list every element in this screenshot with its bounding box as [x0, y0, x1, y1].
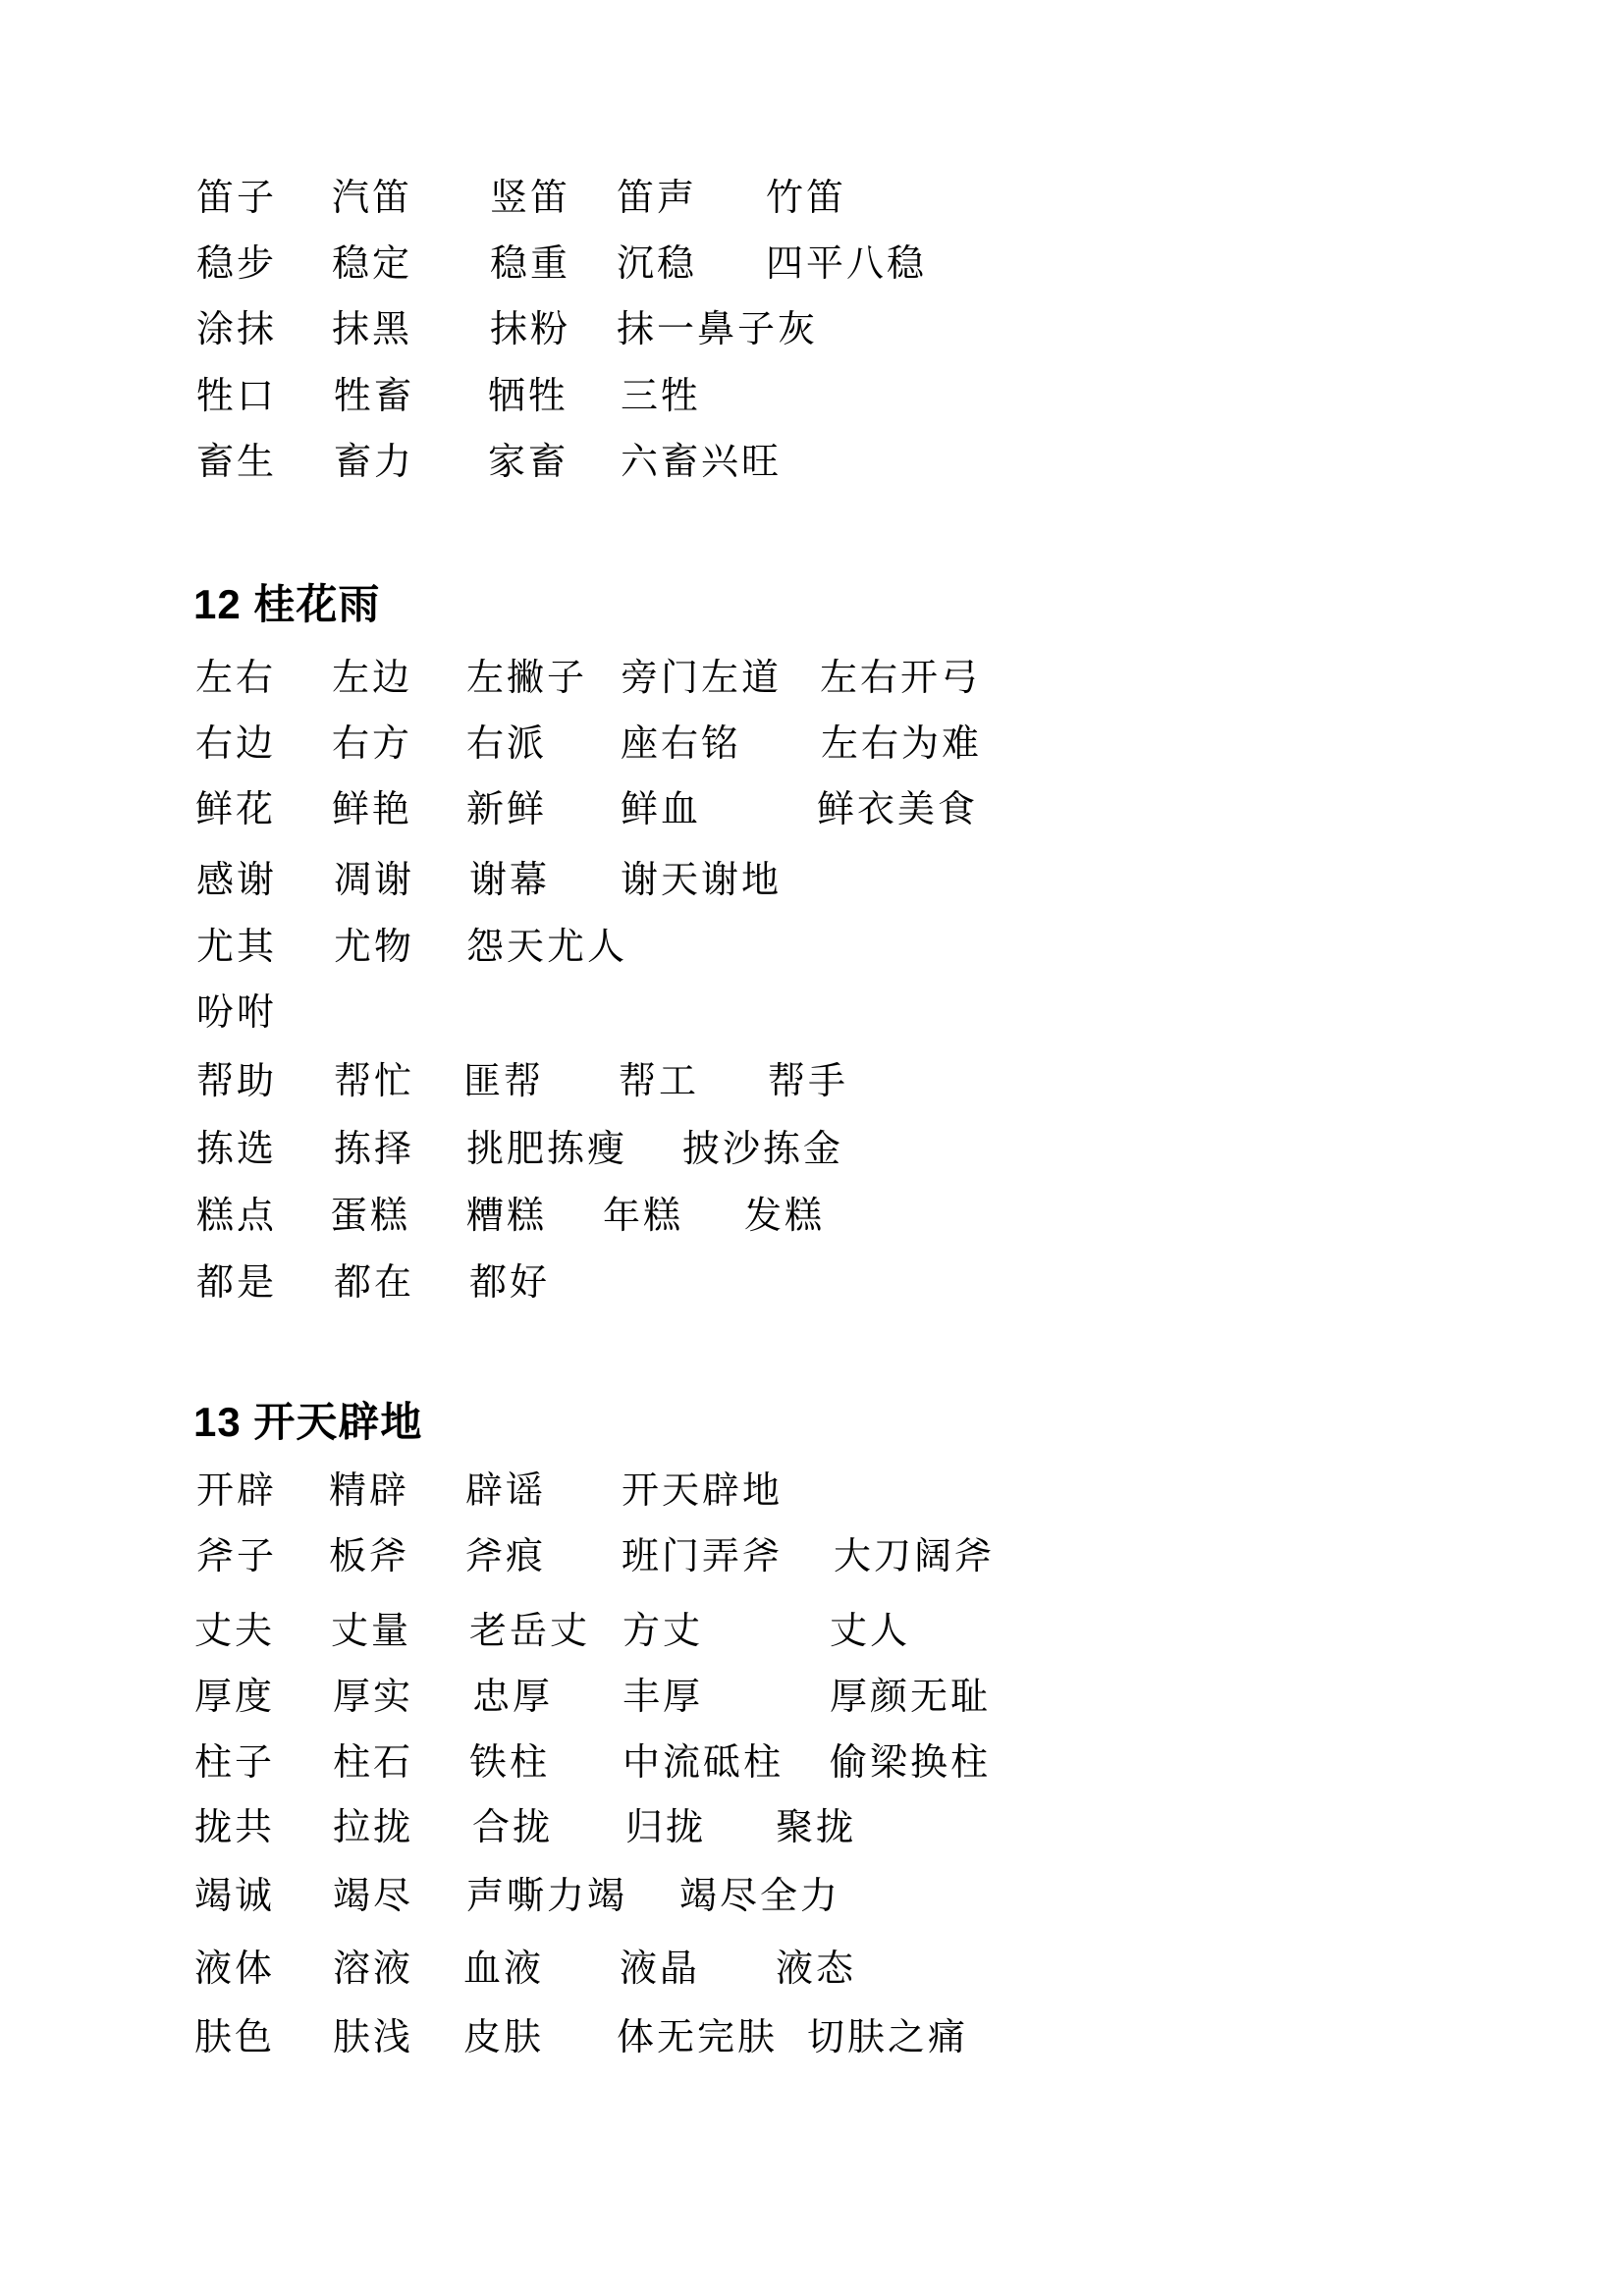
- word: 右边: [195, 725, 276, 763]
- word: 左右为难: [821, 725, 982, 763]
- word: 大刀阔斧: [834, 1538, 995, 1575]
- word: 稳重: [490, 245, 570, 283]
- word: 柱石: [333, 1744, 413, 1782]
- word: 开辟: [196, 1472, 277, 1510]
- word: 中流砥柱: [623, 1744, 784, 1782]
- word: 方丈: [623, 1613, 703, 1650]
- word: 肤色: [194, 2019, 275, 2056]
- word: 归拢: [625, 1809, 706, 1846]
- word: 匪帮: [463, 1063, 544, 1100]
- word: 鲜艳: [332, 791, 412, 828]
- word: 畜生: [196, 444, 277, 481]
- word: 溶液: [333, 1950, 413, 1988]
- word: 竹笛: [766, 180, 846, 217]
- word: 丈量: [331, 1613, 411, 1650]
- word: 年糕: [603, 1198, 683, 1235]
- word: 旁门左道: [621, 660, 782, 697]
- word: 畜力: [334, 444, 414, 481]
- word: 糟糕: [466, 1198, 547, 1235]
- word: 怨天尤人: [466, 929, 627, 966]
- word: 体无完肤: [617, 2019, 778, 2056]
- word: 鲜血: [621, 791, 701, 828]
- word: 聚拢: [776, 1809, 856, 1846]
- word: 吩咐: [196, 994, 277, 1032]
- word: 牺牲: [488, 378, 568, 415]
- word: 帮手: [768, 1063, 848, 1100]
- word: 六畜兴旺: [621, 444, 782, 481]
- word: 液态: [776, 1950, 856, 1988]
- word: 开天辟地: [622, 1472, 783, 1510]
- word: 拢共: [194, 1809, 275, 1846]
- word: 都好: [469, 1264, 550, 1302]
- word: 拉拢: [333, 1809, 413, 1846]
- word: 涂抹: [196, 311, 277, 348]
- word: 笛子: [196, 180, 277, 217]
- word: 拣选: [196, 1131, 277, 1168]
- word: 切肤之痛: [807, 2019, 968, 2056]
- word: 汽笛: [332, 180, 412, 217]
- word: 鲜衣美食: [817, 791, 978, 828]
- word: 帮助: [196, 1063, 277, 1100]
- word: 右派: [466, 725, 547, 763]
- word: 抹黑: [332, 311, 412, 348]
- word: 谢幕: [469, 862, 550, 899]
- document-page: 笛子汽笛竖笛笛声竹笛稳步稳定稳重沉稳四平八稳涂抹抹黑抹粉抹一鼻子灰牲口牲畜牺牲三…: [0, 0, 1624, 2296]
- word: 精辟: [329, 1472, 409, 1510]
- word: 竖笛: [490, 180, 570, 217]
- word: 板斧: [329, 1538, 409, 1575]
- word: 竭尽全力: [679, 1878, 840, 1915]
- word: 挑肥拣瘦: [466, 1131, 627, 1168]
- word: 液体: [194, 1950, 275, 1988]
- word: 都是: [196, 1264, 277, 1302]
- word: 合拢: [472, 1809, 553, 1846]
- word: 竭尽: [333, 1878, 413, 1915]
- word: 座右铭: [621, 725, 741, 763]
- word: 四平八稳: [766, 245, 927, 283]
- word: 鲜花: [195, 791, 276, 828]
- word: 笛声: [617, 180, 697, 217]
- word: 家畜: [488, 444, 568, 481]
- word: 厚度: [194, 1679, 275, 1716]
- word: 班门弄斧: [622, 1538, 783, 1575]
- word: 拣择: [334, 1131, 414, 1168]
- word: 忠厚: [472, 1679, 553, 1716]
- word: 丈人: [830, 1613, 910, 1650]
- word: 沉稳: [617, 245, 697, 283]
- word: 糕点: [196, 1198, 277, 1235]
- word: 抹粉: [490, 311, 570, 348]
- word: 都在: [334, 1264, 414, 1302]
- word: 斧痕: [465, 1538, 546, 1575]
- word: 柱子: [194, 1744, 275, 1782]
- word: 老岳丈: [469, 1613, 590, 1650]
- word: 肤浅: [333, 2019, 413, 2056]
- word: 稳步: [196, 245, 277, 283]
- word: 尤其: [196, 929, 277, 966]
- word: 辟谣: [465, 1472, 546, 1510]
- word: 厚颜无耻: [830, 1679, 991, 1716]
- word: 尤物: [334, 929, 414, 966]
- word: 稳定: [332, 245, 412, 283]
- word: 厚实: [333, 1679, 413, 1716]
- word: 血液: [463, 1950, 544, 1988]
- word: 铁柱: [469, 1744, 550, 1782]
- word: 右方: [332, 725, 412, 763]
- word: 竭诚: [194, 1878, 275, 1915]
- word: 左边: [332, 660, 412, 697]
- word: 声嘶力竭: [466, 1878, 627, 1915]
- word: 斧子: [196, 1538, 277, 1575]
- word: 发糕: [744, 1198, 825, 1235]
- word: 新鲜: [466, 791, 547, 828]
- word: 牲口: [196, 378, 277, 415]
- word: 蛋糕: [330, 1198, 410, 1235]
- section-heading: 12 桂花雨: [193, 584, 380, 625]
- word: 披沙拣金: [682, 1131, 843, 1168]
- word: 抹一鼻子灰: [617, 311, 818, 348]
- word: 帮工: [619, 1063, 699, 1100]
- word: 左右开弓: [820, 660, 981, 697]
- word: 液晶: [620, 1950, 700, 1988]
- word: 谢天谢地: [621, 862, 782, 899]
- word: 帮忙: [334, 1063, 414, 1100]
- word: 丰厚: [623, 1679, 703, 1716]
- word: 左右: [195, 660, 276, 697]
- section-heading: 13 开天辟地: [193, 1402, 422, 1443]
- word: 偷梁换柱: [830, 1744, 991, 1782]
- word: 左撇子: [466, 660, 587, 697]
- word: 三牲: [621, 378, 701, 415]
- word: 皮肤: [463, 2019, 544, 2056]
- word: 牲畜: [334, 378, 414, 415]
- word: 丈夫: [194, 1613, 275, 1650]
- word: 凋谢: [334, 862, 414, 899]
- word: 感谢: [196, 862, 277, 899]
